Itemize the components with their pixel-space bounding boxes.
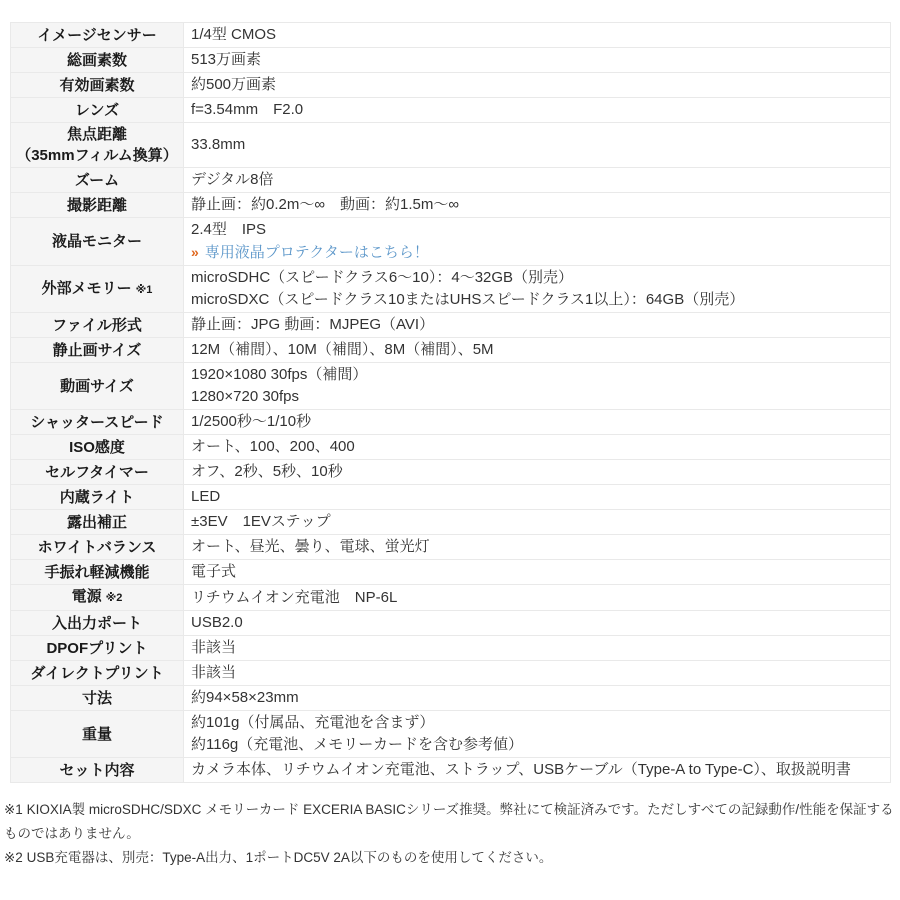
spec-label: 手振れ軽減機能	[11, 560, 184, 585]
spec-value-line: 約101g（付属品、充電池を含まず）	[191, 712, 883, 734]
spec-row: ISO感度オート、100、200、400	[11, 435, 891, 460]
spec-row: セット内容カメラ本体、リチウムイオン充電池、ストラップ、USBケーブル（Type…	[11, 758, 891, 783]
spec-value-line: microSDXC（スピードクラス10またはUHSスピードクラス1以上）：64G…	[191, 289, 883, 311]
spec-row: 静止画サイズ12M（補間）、10M（補間）、8M（補間）、5M	[11, 338, 891, 363]
spec-value: 約500万画素	[184, 73, 891, 98]
spec-label: ISO感度	[11, 435, 184, 460]
spec-row: 撮影距離静止画：約0.2m～∞ 動画：約1.5m～∞	[11, 193, 891, 218]
link-arrow-icon: »	[191, 244, 199, 260]
spec-value-line: microSDHC（スピードクラス6～10）：4～32GB（別売）	[191, 267, 883, 289]
spec-value: オート、100、200、400	[184, 435, 891, 460]
spec-value-line: 1/2500秒～1/10秒	[191, 411, 883, 433]
spec-section: イメージセンサー1/4型 CMOS総画素数513万画素有効画素数約500万画素レ…	[0, 0, 900, 783]
spec-value-line: f=3.54mm F2.0	[191, 99, 883, 121]
spec-row: 寸法約94×58×23mm	[11, 686, 891, 711]
spec-value-line: »専用液晶プロテクターはこちら！	[191, 241, 883, 264]
spec-row: ファイル形式静止画：JPG 動画：MJPEG（AVI）	[11, 313, 891, 338]
spec-row: 内蔵ライトLED	[11, 485, 891, 510]
spec-value: 電子式	[184, 560, 891, 585]
spec-table: イメージセンサー1/4型 CMOS総画素数513万画素有効画素数約500万画素レ…	[10, 22, 891, 783]
spec-value: 非該当	[184, 661, 891, 686]
spec-value-line: 2.4型 IPS	[191, 219, 883, 241]
spec-value: 2.4型 IPS»専用液晶プロテクターはこちら！	[184, 218, 891, 266]
spec-value-line: 約500万画素	[191, 74, 883, 96]
footnote-marker: ※1	[136, 284, 153, 296]
spec-label: シャッタースピード	[11, 410, 184, 435]
spec-value: 33.8mm	[184, 123, 891, 168]
spec-value-line: オート、100、200、400	[191, 436, 883, 458]
spec-label: ダイレクトプリント	[11, 661, 184, 686]
spec-label: 総画素数	[11, 48, 184, 73]
spec-row: シャッタースピード1/2500秒～1/10秒	[11, 410, 891, 435]
spec-value-line: USB2.0	[191, 612, 883, 634]
spec-value-line: 1280×720 30fps	[191, 386, 883, 408]
spec-value: 1/2500秒～1/10秒	[184, 410, 891, 435]
spec-label: 動画サイズ	[11, 363, 184, 410]
spec-value-line: 12M（補間）、10M（補間）、8M（補間）、5M	[191, 339, 883, 361]
spec-row: ホワイトバランスオート、昼光、曇り、電球、蛍光灯	[11, 535, 891, 560]
spec-row: DPOFプリント非該当	[11, 636, 891, 661]
spec-row: 有効画素数約500万画素	[11, 73, 891, 98]
spec-value-line: カメラ本体、リチウムイオン充電池、ストラップ、USBケーブル（Type-A to…	[191, 759, 883, 781]
spec-row: レンズf=3.54mm F2.0	[11, 98, 891, 123]
spec-row: ズームデジタル8倍	[11, 168, 891, 193]
spec-value: 1920×1080 30fps（補間）1280×720 30fps	[184, 363, 891, 410]
footnote-2: ※2 USB充電器は、別売：Type-A出力、1ポートDC5V 2A以下のものを…	[4, 846, 895, 870]
spec-value-line: 静止画：JPG 動画：MJPEG（AVI）	[191, 314, 883, 336]
spec-table-body: イメージセンサー1/4型 CMOS総画素数513万画素有効画素数約500万画素レ…	[11, 23, 891, 783]
spec-row: 焦点距離（35mmフィルム換算）33.8mm	[11, 123, 891, 168]
spec-value: LED	[184, 485, 891, 510]
spec-value-line: LED	[191, 486, 883, 508]
spec-value: オフ、2秒、5秒、10秒	[184, 460, 891, 485]
spec-label: 外部メモリー※1	[11, 266, 184, 313]
spec-value-line: リチウムイオン充電池 NP-6L	[191, 587, 883, 609]
spec-value-line: 33.8mm	[191, 134, 883, 156]
spec-label: イメージセンサー	[11, 23, 184, 48]
spec-label: 焦点距離（35mmフィルム換算）	[11, 123, 184, 168]
spec-value: 静止画：JPG 動画：MJPEG（AVI）	[184, 313, 891, 338]
spec-value-line: 1920×1080 30fps（補間）	[191, 364, 883, 386]
spec-row: 総画素数513万画素	[11, 48, 891, 73]
spec-label: 内蔵ライト	[11, 485, 184, 510]
spec-value: デジタル8倍	[184, 168, 891, 193]
spec-label: 静止画サイズ	[11, 338, 184, 363]
spec-value-line: 非該当	[191, 637, 883, 659]
spec-label: 液晶モニター	[11, 218, 184, 266]
spec-label: 寸法	[11, 686, 184, 711]
spec-value: 513万画素	[184, 48, 891, 73]
spec-label: 電源※2	[11, 585, 184, 611]
spec-value-line: デジタル8倍	[191, 169, 883, 191]
spec-label: 露出補正	[11, 510, 184, 535]
spec-value: 約94×58×23mm	[184, 686, 891, 711]
spec-value-line: 約94×58×23mm	[191, 687, 883, 709]
lcd-protector-link[interactable]: 専用液晶プロテクターはこちら！	[205, 244, 429, 261]
spec-row: ダイレクトプリント非該当	[11, 661, 891, 686]
spec-value: f=3.54mm F2.0	[184, 98, 891, 123]
spec-label: 重量	[11, 711, 184, 758]
spec-row: 外部メモリー※1microSDHC（スピードクラス6～10）：4～32GB（別売…	[11, 266, 891, 313]
spec-value: オート、昼光、曇り、電球、蛍光灯	[184, 535, 891, 560]
spec-value-line: 1/4型 CMOS	[191, 24, 883, 46]
spec-row: イメージセンサー1/4型 CMOS	[11, 23, 891, 48]
spec-value: 12M（補間）、10M（補間）、8M（補間）、5M	[184, 338, 891, 363]
spec-value-line: 約116g（充電池、メモリーカードを含む参考値）	[191, 734, 883, 756]
spec-value-line: 513万画素	[191, 49, 883, 71]
spec-value: 1/4型 CMOS	[184, 23, 891, 48]
spec-value: microSDHC（スピードクラス6～10）：4～32GB（別売）microSD…	[184, 266, 891, 313]
spec-value-line: オート、昼光、曇り、電球、蛍光灯	[191, 536, 883, 558]
spec-label: DPOFプリント	[11, 636, 184, 661]
spec-row: セルフタイマーオフ、2秒、5秒、10秒	[11, 460, 891, 485]
spec-value: 非該当	[184, 636, 891, 661]
spec-value-line: 非該当	[191, 662, 883, 684]
spec-row: 液晶モニター2.4型 IPS»専用液晶プロテクターはこちら！	[11, 218, 891, 266]
footnotes: ※1 KIOXIA製 microSDHC/SDXC メモリーカード EXCERI…	[0, 783, 900, 870]
spec-label: セルフタイマー	[11, 460, 184, 485]
spec-row: 動画サイズ1920×1080 30fps（補間）1280×720 30fps	[11, 363, 891, 410]
spec-label: ズーム	[11, 168, 184, 193]
spec-value: リチウムイオン充電池 NP-6L	[184, 585, 891, 611]
footnote-marker: ※2	[106, 592, 123, 604]
spec-label: ホワイトバランス	[11, 535, 184, 560]
spec-value-line: 静止画：約0.2m～∞ 動画：約1.5m～∞	[191, 194, 883, 216]
spec-label: セット内容	[11, 758, 184, 783]
spec-label: 入出力ポート	[11, 611, 184, 636]
spec-value: 約101g（付属品、充電池を含まず）約116g（充電池、メモリーカードを含む参考…	[184, 711, 891, 758]
spec-label: ファイル形式	[11, 313, 184, 338]
spec-value: カメラ本体、リチウムイオン充電池、ストラップ、USBケーブル（Type-A to…	[184, 758, 891, 783]
spec-label: レンズ	[11, 98, 184, 123]
spec-label: 有効画素数	[11, 73, 184, 98]
footnote-1: ※1 KIOXIA製 microSDHC/SDXC メモリーカード EXCERI…	[4, 798, 895, 846]
spec-label: 撮影距離	[11, 193, 184, 218]
spec-value-line: ±3EV 1EVステップ	[191, 511, 883, 533]
spec-row: 重量約101g（付属品、充電池を含まず）約116g（充電池、メモリーカードを含む…	[11, 711, 891, 758]
spec-row: 入出力ポートUSB2.0	[11, 611, 891, 636]
spec-value: USB2.0	[184, 611, 891, 636]
spec-value: ±3EV 1EVステップ	[184, 510, 891, 535]
spec-row: 手振れ軽減機能電子式	[11, 560, 891, 585]
spec-value-line: 電子式	[191, 561, 883, 583]
spec-row: 露出補正±3EV 1EVステップ	[11, 510, 891, 535]
spec-value: 静止画：約0.2m～∞ 動画：約1.5m～∞	[184, 193, 891, 218]
spec-row: 電源※2リチウムイオン充電池 NP-6L	[11, 585, 891, 611]
spec-value-line: オフ、2秒、5秒、10秒	[191, 461, 883, 483]
